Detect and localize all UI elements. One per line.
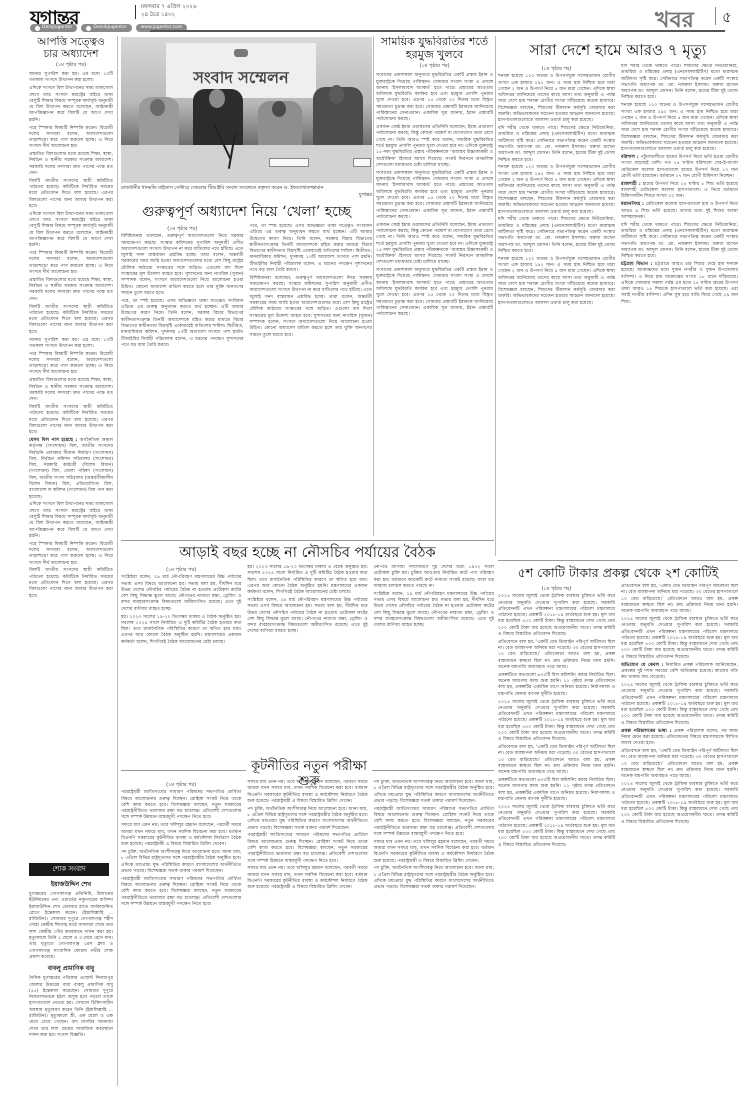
photo-banner: সংবাদ সম্মেলন xyxy=(166,43,316,98)
date-gregorian: মঙ্গলবার ৭ এপ্রিল ২০২৬ xyxy=(141,3,197,11)
subhead-mymensingh: ময়মনসিংহ : xyxy=(621,202,644,207)
tib-logo-icon xyxy=(234,49,248,57)
article-apotti: আপত্তি সত্ত্বেও চার অধ্যাদেশ (১ম পৃষ্ঠার… xyxy=(29,36,113,854)
article-arai: (১ম পৃষ্ঠার পর) সংশ্লিষ্টরা বলেন, ২৯ মার… xyxy=(121,565,494,755)
section-rule xyxy=(121,770,246,771)
subhead-director: প্রকল্প পরিচালকের ভাষ্য : xyxy=(621,729,671,734)
obituary-text: যুগান্তরের গোপালগঞ্জ প্রতিনিধি, উজানের ই… xyxy=(29,892,113,961)
section-name: খবর xyxy=(655,3,694,40)
column-divider xyxy=(495,36,496,556)
masthead: যুগান্তর মঙ্গলবার ৭ এপ্রিল ২০২৬ ২৪ চৈত্র… xyxy=(0,0,751,32)
masthead-rule xyxy=(150,30,725,32)
section-rule xyxy=(121,540,494,541)
social-facebook-link[interactable]: DainikJugantor xyxy=(81,24,131,32)
subhead-passed-bills: যেসব বিল পাস হয়েছে : xyxy=(29,438,77,443)
article-kutniti: (১ম পৃষ্ঠার পর) পররাষ্ট্রমন্ত্রী জাতিসংঘ… xyxy=(121,780,494,1090)
headline-horomuz: সাময়িক যুদ্ধবিরতির শর্তে হরমুজ খুলবে xyxy=(376,36,493,61)
article-prokolpo: (১ম পৃষ্ঠার পর) ২০২৪ সালের জুলাই থেকে ট্… xyxy=(498,584,738,1089)
kicker: (১ম পৃষ্ঠার পর) xyxy=(29,62,113,70)
date-bengali: ২৪ চৈত্র ১৪৩২ xyxy=(141,11,197,19)
headline-apotti: আপত্তি সত্ত্বেও চার অধ্যাদেশ xyxy=(29,36,113,60)
article-horomuz: সাময়িক যুদ্ধবিরতির শর্তে হরমুজ খুলবে (১… xyxy=(376,36,493,536)
press-conference-photo: সংবাদ সম্মেলন xyxy=(121,37,372,183)
article-body: আনার সুপারিশ করা হয়। এর মধ্যে ১৩টি গতকা… xyxy=(29,72,113,600)
conference-table xyxy=(121,145,372,183)
page-number: ৫ xyxy=(722,6,732,31)
nameplate xyxy=(269,158,309,167)
obituary-text: দৈনিক যুগান্তরের পত্রিকার এজেন্ট দিনাজপু… xyxy=(29,976,113,1039)
subhead-rajshahi: রাজশাহী : xyxy=(621,182,641,187)
article-khela: (১ম পৃষ্ঠার পর) বিশিষ্টজনরা বলেছেন, গুরু… xyxy=(121,224,372,536)
obituary-list: ইয়াজউদ্দিন শেখ যুগান্তরের গোপালগঞ্জ প্র… xyxy=(29,877,113,1089)
obituary-name: বাবলু প্রামাণিক বাবু xyxy=(29,963,113,974)
section-rule xyxy=(372,770,494,771)
column-divider xyxy=(373,36,374,536)
obituary-section-label: শোক সংবাদ xyxy=(29,863,109,876)
x-icon xyxy=(35,26,40,31)
headline-ham: সারা দেশে হামে আরও ৭ মৃত্যু xyxy=(498,42,738,59)
section-rule xyxy=(498,560,738,561)
logo-divider xyxy=(135,5,136,19)
facebook-icon xyxy=(86,26,91,31)
social-x-link[interactable]: DailyJugantor xyxy=(30,24,77,32)
obituary-name: ইয়াজউদ্দিন শেখ xyxy=(29,879,113,890)
section-divider xyxy=(715,7,716,25)
photo-credit: যুগান্তর xyxy=(359,193,372,200)
photo-caption: রাজধানীর ধানমন্ডি মাইডাস সেন্টারে সোমবার… xyxy=(121,186,372,193)
column-divider xyxy=(117,36,118,1086)
issue-dates: মঙ্গলবার ৭ এপ্রিল ২০২৬ ২৪ চৈত্র ১৪৩২ xyxy=(141,3,197,19)
article-ham: (১ম পৃষ্ঠার পর) শনাক্ত হয়েছে ১২০ জনের ও… xyxy=(498,64,738,559)
subhead-allegation: অভিযোগ যে কেবল : xyxy=(621,663,663,668)
headline-arai: আড়াই বছর হচ্ছে না নৌসচিব পর্যায়ের বৈঠক xyxy=(121,545,494,562)
headline-khela: গুরুত্বপূর্ণ অধ্যাদেশ নিয়ে ‘খেলা’ হচ্ছে xyxy=(121,204,372,220)
subhead-chattogram: চট্টগ্রাম বিভাগ : xyxy=(621,262,652,267)
subhead-barishal: বরিশাল : xyxy=(621,155,639,160)
headline-prokolpo: ৫শ কোটি টাকার প্রকল্প থেকে ২শ কোটিই xyxy=(498,566,738,580)
nameplate xyxy=(353,158,371,167)
